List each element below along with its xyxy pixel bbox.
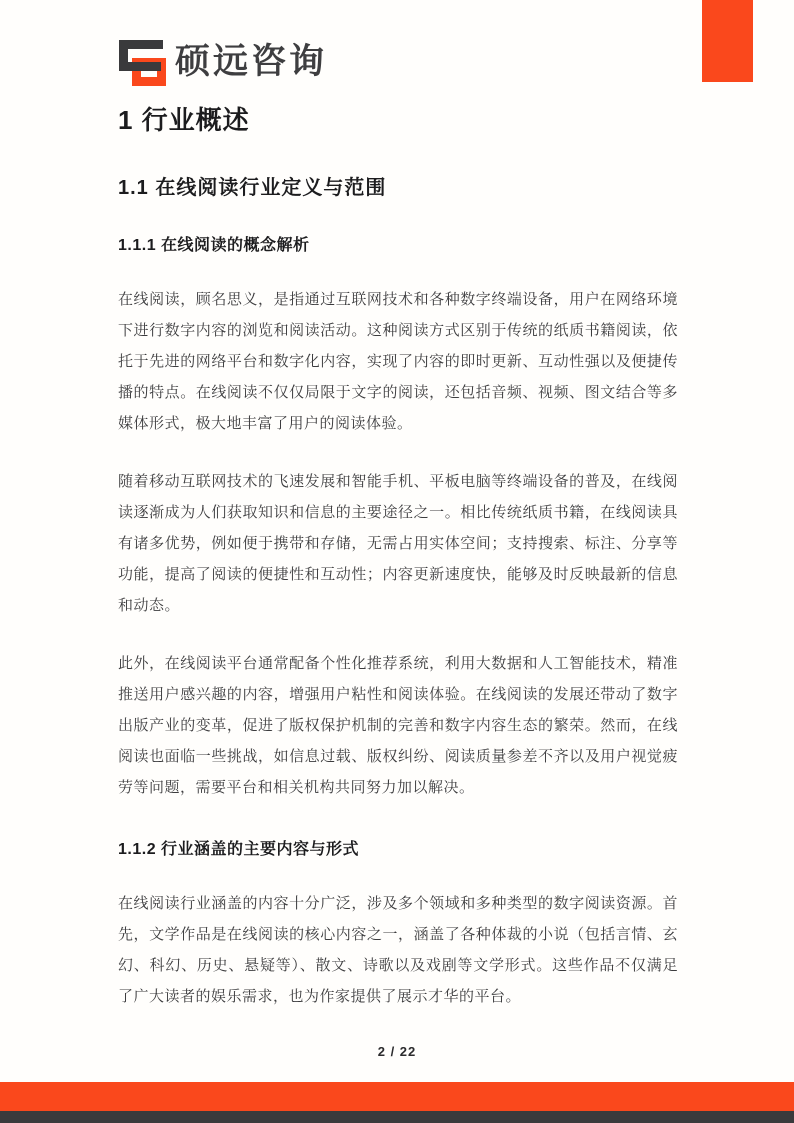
top-right-accent-block [702, 0, 753, 82]
document-body: 1 行业概述 1.1 在线阅读行业定义与范围 1.1.1 在线阅读的概念解析 在… [0, 106, 794, 1012]
footer-dark-band [0, 1111, 794, 1123]
paragraph-scope-1: 在线阅读行业涵盖的内容十分广泛，涉及多个领域和多种类型的数字阅读资源。首先，文学… [118, 888, 678, 1012]
brand-logo: 硕远咨询 [0, 0, 794, 86]
footer-accent-band [0, 1082, 794, 1111]
section-heading: 1 行业概述 [118, 106, 678, 134]
report-page: 硕远咨询 1 行业概述 1.1 在线阅读行业定义与范围 1.1.1 在线阅读的概… [0, 0, 794, 1123]
brand-name: 硕远咨询 [175, 38, 327, 86]
subsubsection-heading-2: 1.1.2 行业涵盖的主要内容与形式 [118, 841, 678, 859]
subsubsection-heading-1: 1.1.1 在线阅读的概念解析 [118, 237, 678, 255]
paragraph-concept-1: 在线阅读，顾名思义，是指通过互联网技术和各种数字终端设备，用户在网络环境下进行数… [118, 284, 678, 439]
subsection-heading: 1.1 在线阅读行业定义与范围 [118, 177, 678, 199]
paragraph-concept-3: 此外，在线阅读平台通常配备个性化推荐系统，利用大数据和人工智能技术，精准推送用户… [118, 648, 678, 803]
paragraph-concept-2: 随着移动互联网技术的飞速发展和智能手机、平板电脑等终端设备的普及，在线阅读逐渐成… [118, 466, 678, 621]
page-indicator: 2 / 22 [0, 1044, 794, 1059]
brand-logo-icon [118, 38, 166, 86]
